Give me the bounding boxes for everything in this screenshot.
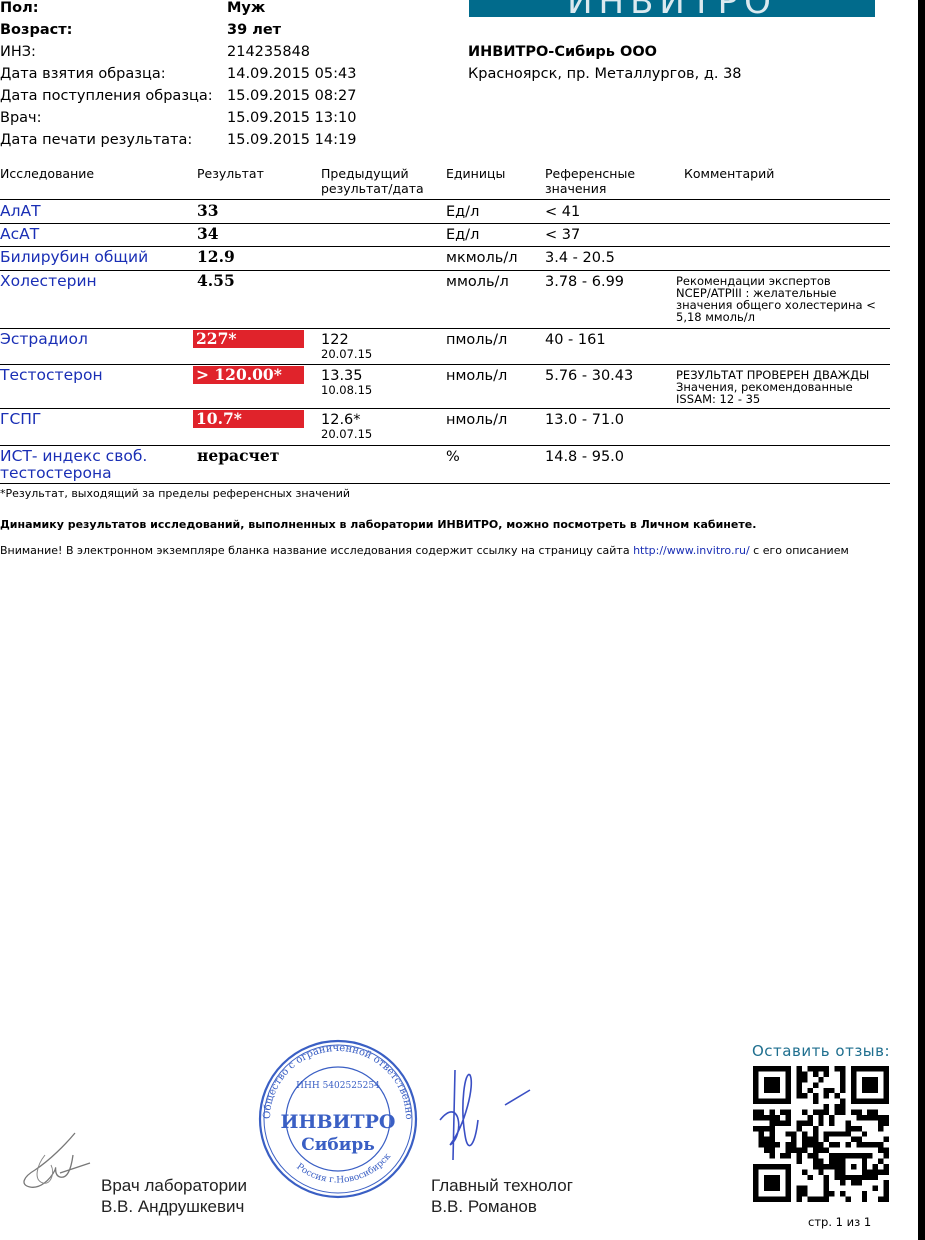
test-name-link[interactable]: Холестерин (0, 273, 97, 290)
info-value: Муж (227, 0, 265, 18)
units: Ед/л (446, 204, 479, 220)
reference-range: 5.76 - 30.43 (545, 368, 633, 384)
info-label: ИНЗ: (0, 42, 36, 62)
info-label: Пол: (0, 0, 39, 18)
invitro-logo-banner: ИНВИТРО (469, 0, 875, 17)
table-divider (0, 246, 890, 247)
stamp-inn: ИНН 5402525254 (296, 1081, 380, 1091)
attention-suffix: с его описанием (753, 544, 849, 557)
col-header-previous: Предыдущий результат/дата (321, 166, 424, 196)
info-label: Дата печати результата: (0, 130, 192, 150)
table-divider (0, 364, 890, 365)
info-label: Возраст: (0, 20, 72, 40)
comment: Рекомендации экспертов NCEP/ATPIII : жел… (676, 275, 876, 323)
test-name-link[interactable]: ГСПГ (0, 411, 41, 428)
test-name-link[interactable]: Тестостерон (0, 367, 103, 384)
logo-text: ИНВИТРО (469, 0, 875, 17)
info-value: 15.09.2015 08:27 (227, 86, 356, 106)
table-divider (0, 445, 890, 446)
flagged-result: 227* (193, 330, 304, 348)
result-value: 12.9 (197, 249, 235, 265)
test-name-link[interactable]: Эстрадиол (0, 331, 88, 348)
col-header-reference: Референсные значения (545, 166, 635, 196)
result-value: 33 (197, 203, 219, 219)
result-value: 4.55 (197, 273, 235, 289)
units: ммоль/л (446, 274, 509, 290)
doctor-name: В.В. Андрушкевич (101, 1196, 244, 1217)
info-value: 214235848 (227, 42, 310, 62)
company-name: ИНВИТРО-Сибирь ООО (468, 44, 657, 60)
result-value: нерасчет (197, 448, 279, 464)
col-header-reference-line2: значения (545, 181, 635, 196)
previous-result: 12.6* (321, 412, 361, 428)
stamp-center-1: ИНВИТРО (281, 1111, 396, 1133)
info-value: 14.09.2015 05:43 (227, 64, 356, 84)
page-number: стр. 1 из 1 (808, 1215, 871, 1229)
info-value: 15.09.2015 14:19 (227, 130, 356, 150)
units: Ед/л (446, 227, 479, 243)
reference-range: 13.0 - 71.0 (545, 412, 624, 428)
feedback-qr-code-icon[interactable] (753, 1066, 889, 1202)
col-header-units: Единицы (446, 166, 505, 181)
info-label: Врач: (0, 108, 42, 128)
invitro-link[interactable]: http://www.invitro.ru/ (633, 544, 750, 557)
feedback-label: Оставить отзыв: (752, 1042, 890, 1060)
company-address: Красноярск, пр. Металлургов, д. 38 (468, 66, 742, 82)
technologist-title: Главный технолог (431, 1175, 573, 1196)
test-name-link[interactable]: ИСТ- индекс своб. тестостерона (0, 448, 160, 482)
flagged-result: > 120.00* (193, 366, 304, 384)
col-header-test: Исследование (0, 166, 94, 181)
previous-date: 20.07.15 (321, 428, 372, 440)
col-header-result: Результат (197, 166, 264, 181)
reference-range: 14.8 - 95.0 (545, 449, 624, 465)
reference-range: < 37 (545, 227, 580, 243)
page-edge (918, 0, 925, 1240)
reference-range: < 41 (545, 204, 580, 220)
info-label: Дата поступления образца: (0, 86, 213, 106)
table-divider (0, 408, 890, 409)
company-stamp-icon: Общество с ограниченной ответственностью… (248, 1038, 428, 1200)
stamp-center-2: Сибирь (301, 1135, 375, 1155)
col-header-comment: Комментарий (684, 166, 774, 181)
table-divider (0, 483, 890, 484)
info-label: Дата взятия образца: (0, 64, 166, 84)
flagged-result: 10.7* (193, 410, 304, 428)
footnote: *Результат, выходящий за пределы референ… (0, 487, 350, 500)
doctor-signature-icon (15, 1125, 95, 1195)
previous-date: 10.08.15 (321, 384, 372, 396)
result-value: 34 (197, 226, 219, 242)
attention-note: Внимание! В электронном экземпляре бланк… (0, 544, 849, 557)
test-name-link[interactable]: АсАТ (0, 226, 39, 243)
info-value: 39 лет (227, 20, 281, 40)
technologist-signature-icon (420, 1065, 540, 1175)
units: мкмоль/л (446, 250, 517, 266)
table-divider (0, 328, 890, 329)
dynamics-note: Динамику результатов исследований, выпол… (0, 518, 756, 531)
test-name-link[interactable]: АлАТ (0, 203, 41, 220)
test-name-link[interactable]: Билирубин общий (0, 249, 148, 266)
attention-text: Внимание! В электронном экземпляре бланк… (0, 544, 630, 557)
units: нмоль/л (446, 368, 507, 384)
units: % (446, 449, 460, 465)
previous-result: 122 (321, 332, 349, 348)
comment: РЕЗУЛЬТАТ ПРОВЕРЕН ДВАЖДЫ Значения, реко… (676, 369, 876, 405)
units: пмоль/л (446, 332, 507, 348)
doctor-title: Врач лаборатории (101, 1175, 247, 1196)
reference-range: 40 - 161 (545, 332, 606, 348)
previous-result: 13.35 (321, 368, 363, 384)
table-divider (0, 270, 890, 271)
technologist-name: В.В. Романов (431, 1196, 537, 1217)
reference-range: 3.4 - 20.5 (545, 250, 615, 266)
table-divider (0, 223, 890, 224)
info-value: 15.09.2015 13:10 (227, 108, 356, 128)
previous-date: 20.07.15 (321, 348, 372, 360)
reference-range: 3.78 - 6.99 (545, 274, 624, 290)
col-header-previous-line1: Предыдущий (321, 166, 424, 181)
col-header-previous-line2: результат/дата (321, 181, 424, 196)
col-header-reference-line1: Референсные (545, 166, 635, 181)
table-divider (0, 199, 890, 200)
units: нмоль/л (446, 412, 507, 428)
